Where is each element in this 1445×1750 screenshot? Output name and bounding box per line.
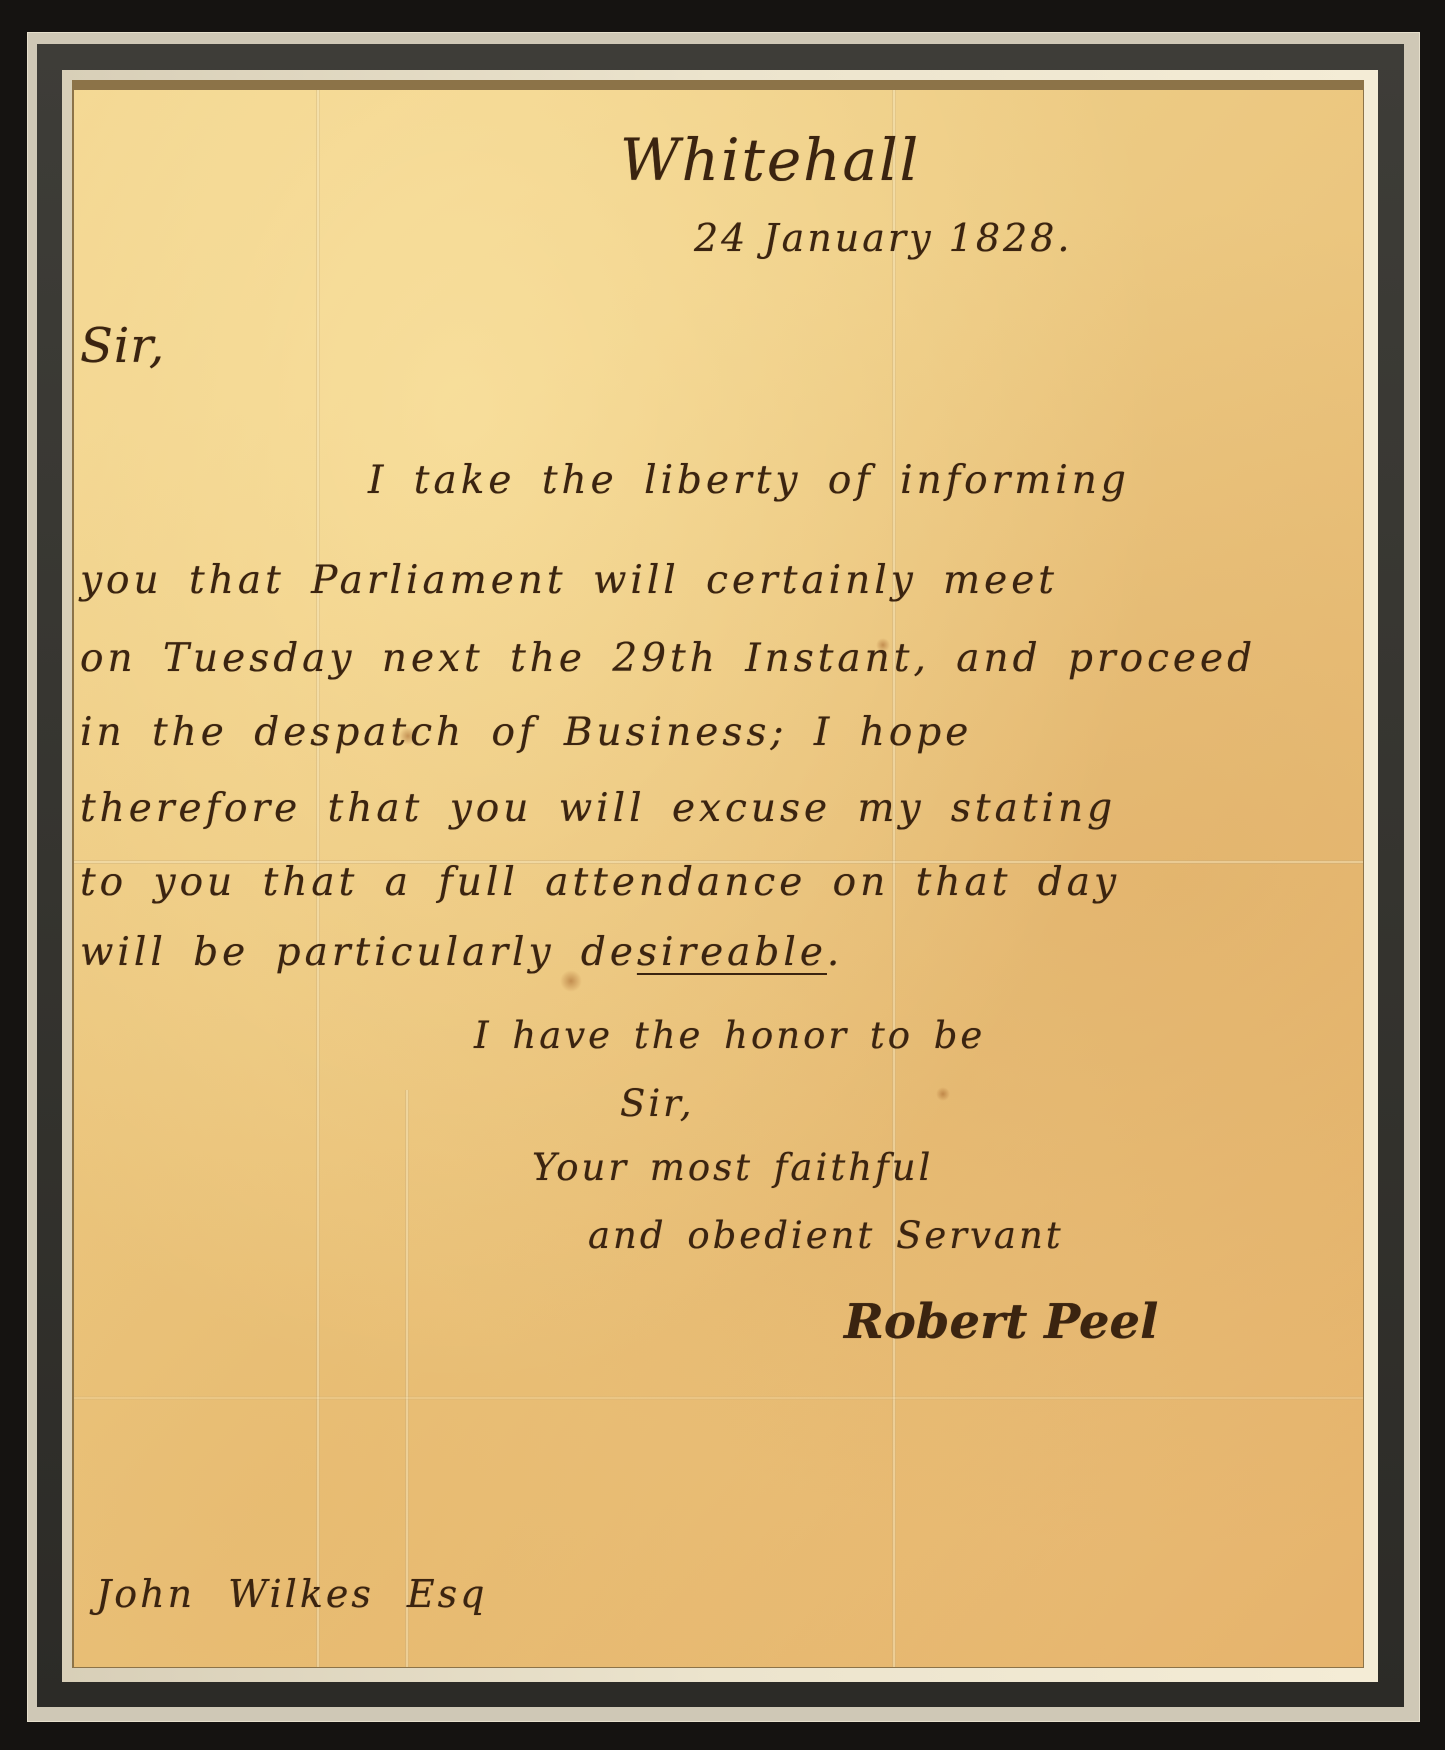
letter-date: 24 January 1828. [694, 216, 1072, 260]
letter-body-line: to you that a full attendance on that da… [80, 860, 1120, 905]
letter-body-line: therefore that you will excuse my statin… [80, 786, 1116, 831]
last-line-suffix: . [827, 930, 843, 975]
letter-body-line: you that Parliament will certainly meet [80, 558, 1058, 603]
closing-line: Your most faithful [532, 1146, 933, 1189]
closing-line: I have the honor to be [474, 1014, 985, 1057]
closing-line: Sir, [620, 1082, 695, 1125]
letter-body-line: I take the liberty of informing [368, 458, 1130, 503]
stain [936, 1087, 950, 1101]
underlined-word: sireable [637, 930, 827, 975]
letter-body-line: on Tuesday next the 29th Instant, and pr… [80, 636, 1256, 681]
fold-crease-horizontal-lower [74, 1396, 1363, 1400]
letter-place: Whitehall [620, 126, 920, 194]
letter-paper: Whitehall 24 January 1828. Sir, I take t… [74, 90, 1363, 1667]
letter-salutation: Sir, [80, 318, 165, 374]
letter-body-last-line: will be particularly desireable. [80, 930, 843, 975]
letter-body-line: in the despatch of Business; I hope [80, 710, 972, 755]
closing-line: and obedient Servant [588, 1214, 1064, 1257]
addressee: John Wilkes Esq [96, 1572, 488, 1616]
signature: Robert Peel [844, 1294, 1158, 1350]
last-line-prefix: will be particularly de [80, 930, 637, 975]
